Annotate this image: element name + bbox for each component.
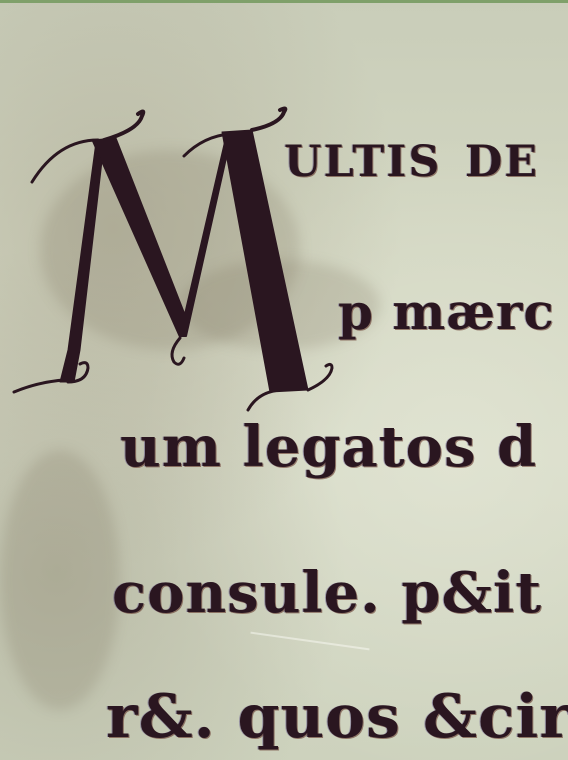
page-top-edge [0,0,568,3]
manuscript-line-5: r&. quos &cir [106,682,568,752]
parchment-crease [250,632,369,651]
manuscript-line-3: um legatos d [120,414,537,480]
parchment-stain [0,450,120,710]
manuscript-line-2: p mærc [338,282,555,341]
manuscript-line-4: consule. p&it [112,560,542,626]
manuscript-line-1: ultis de [284,118,539,191]
